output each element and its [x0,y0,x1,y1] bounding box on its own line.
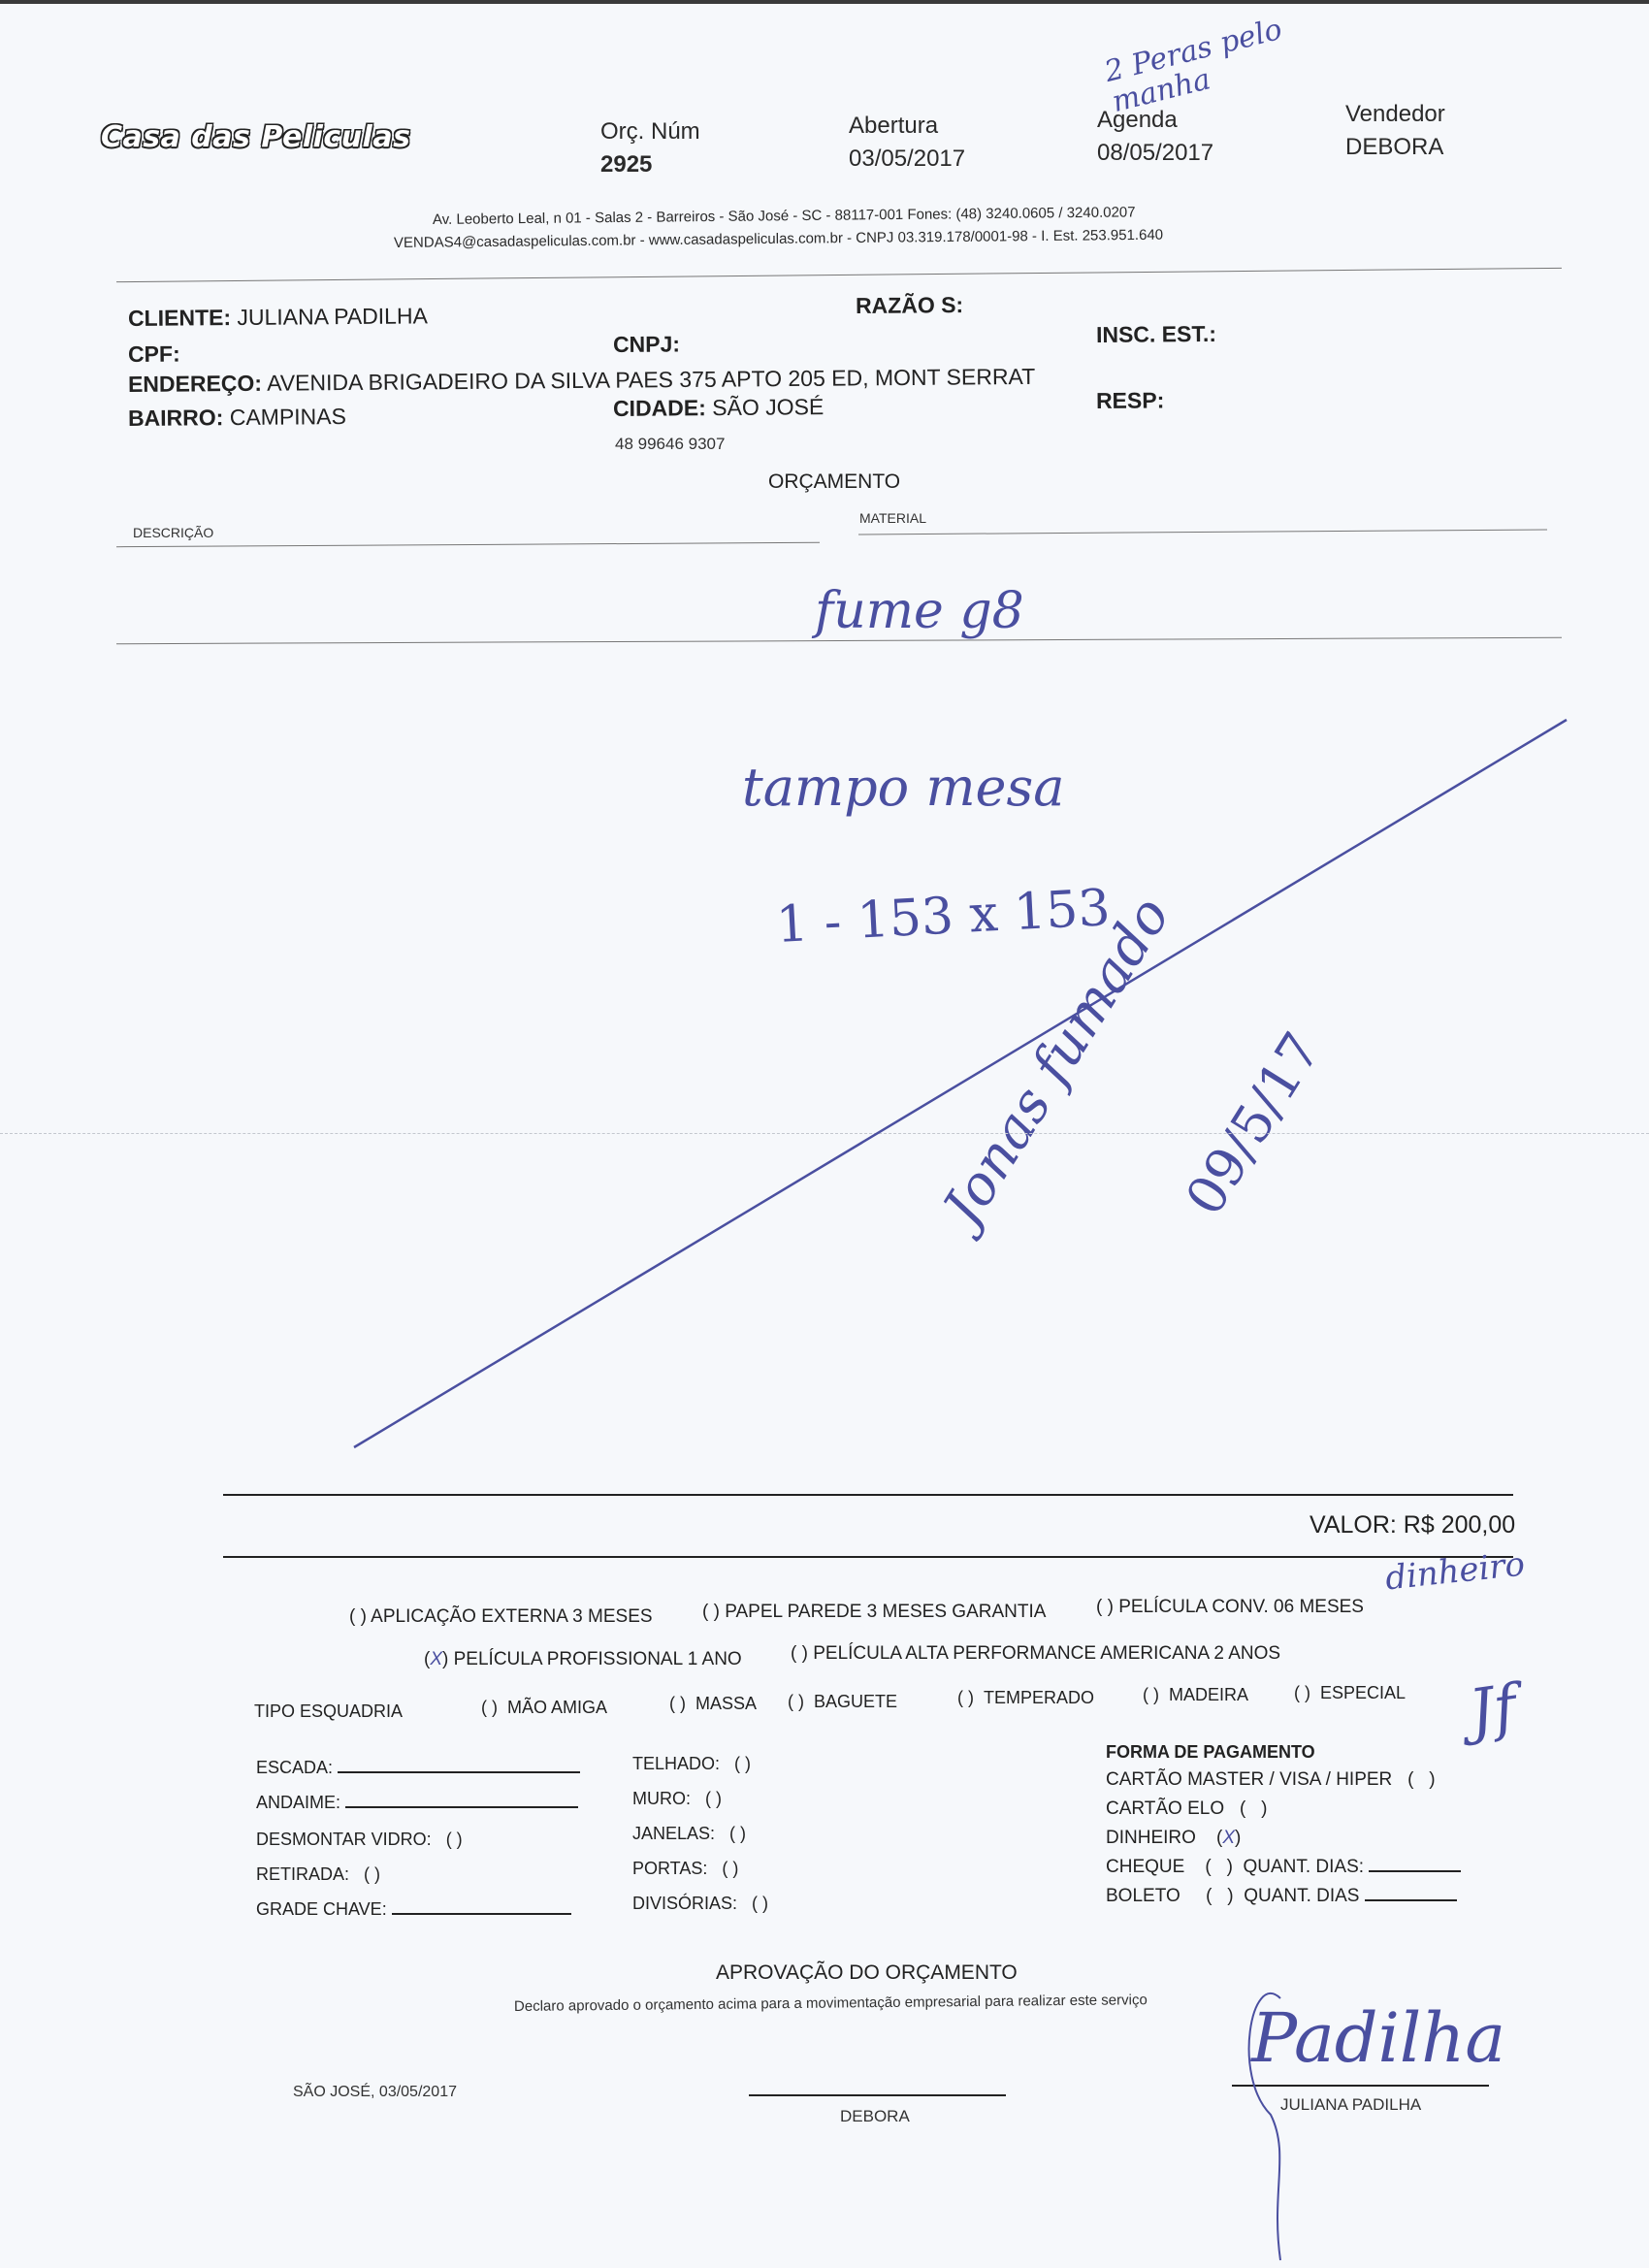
telhado-option[interactable]: TELHADO: ( ) [632,1754,751,1774]
razao-field: RAZÃO S: [856,292,963,319]
client-handwritten-signature: Padilha [1251,1998,1505,2078]
service-option[interactable]: ( ) PAPEL PAREDE 3 MESES GARANTIA [702,1602,1046,1623]
service-option-checked[interactable]: (X) PELÍCULA PROFISSIONAL 1 ANO [424,1649,742,1670]
bairro-field: BAIRRO: CAMPINAS [128,404,346,432]
descricao-line [116,542,820,547]
payment-option-dinheiro[interactable]: DINHEIRO (X) [1106,1828,1241,1849]
cnpj-field: CNPJ: [613,331,680,358]
orc-num-label: Orç. Núm [600,118,700,146]
escada-field[interactable]: ESCADA: [256,1758,580,1778]
esquadria-option[interactable]: ( ) MADEIRA [1143,1685,1248,1705]
cidade-field: CIDADE: SÃO JOSÉ [613,394,824,422]
grade-chave-field[interactable]: GRADE CHAVE: [256,1899,571,1920]
client-signature-line[interactable] [1232,2085,1489,2087]
esquadria-option[interactable]: ( ) MÃO AMIGA [481,1698,607,1718]
handwritten-desc-1: tampo mesa [742,757,1064,818]
orc-num-value: 2925 [600,151,652,178]
payment-option-cartao-master[interactable]: CARTÃO MASTER / VISA / HIPER ( ) [1106,1769,1436,1791]
address-line-1: Av. Leoberto Leal, n 01 - Salas 2 - Barr… [433,204,1136,228]
esquadria-label: TIPO ESQUADRIA [254,1701,403,1722]
payment-option-cartao-elo[interactable]: CARTÃO ELO ( ) [1106,1798,1267,1820]
desmontar-vidro-option[interactable]: DESMONTAR VIDRO: ( ) [256,1830,463,1850]
checkmark-icon: X [1222,1828,1235,1848]
esquadria-option[interactable]: ( ) BAGUETE [788,1692,897,1712]
approval-title: APROVAÇÃO DO ORÇAMENTO [716,1961,1018,1985]
cliente-value: JULIANA PADILHA [237,303,428,330]
approval-declaration: Declaro aprovado o orçamento acima para … [514,1992,1148,2015]
valor-value: R$ 200,00 [1404,1511,1515,1539]
abertura-value: 03/05/2017 [849,146,965,173]
service-option[interactable]: ( ) PELÍCULA ALTA PERFORMANCE AMERICANA … [791,1643,1280,1665]
portas-option[interactable]: PORTAS: ( ) [632,1859,738,1879]
endereco-value: AVENIDA BRIGADEIRO DA SILVA PAES 375 APT… [267,364,1035,396]
paper-fold [0,1133,1649,1134]
address-line-2: VENDAS4@casadaspeliculas.com.br - www.ca… [394,227,1163,251]
scan-edge [0,0,1649,4]
header-divider [116,268,1562,282]
andaime-field[interactable]: ANDAIME: [256,1793,578,1813]
cheque-days-field[interactable] [1369,1870,1461,1872]
strike-through-line [0,0,1649,2268]
valor-bottom-line [223,1556,1513,1558]
valor-field: VALOR: R$ 200,00 [1309,1511,1515,1539]
retirada-option[interactable]: RETIRADA: ( ) [256,1864,380,1885]
payment-title: FORMA DE PAGAMENTO [1106,1742,1315,1763]
handwritten-initials: Jf [1465,1670,1521,1747]
cidade-value: SÃO JOSÉ [712,394,824,420]
vendedor-label: Vendedor [1345,101,1445,128]
bairro-value: CAMPINAS [230,404,346,430]
service-option[interactable]: ( ) PELÍCULA CONV. 06 MESES [1096,1597,1364,1618]
company-logo: Casa das Peliculas [101,120,410,154]
resp-field: RESP: [1096,387,1165,414]
abertura-label: Abertura [849,113,938,140]
handwritten-payment-note: dinheiro [1383,1545,1527,1599]
material-label: MATERIAL [859,510,926,526]
esquadria-option[interactable]: ( ) ESPECIAL [1294,1683,1406,1703]
cliente-field: CLIENTE: JULIANA PADILHA [128,303,428,332]
insc-est-field: INSC. EST.: [1096,321,1216,348]
client-phone: 48 99646 9307 [615,435,725,454]
agenda-value: 08/05/2017 [1097,140,1213,167]
vendedor-value: DEBORA [1345,134,1443,161]
handwritten-date: 09/5/17 [1174,1021,1333,1225]
descricao-label: DESCRIÇÃO [133,525,213,540]
service-option[interactable]: ( ) APLICAÇÃO EXTERNA 3 MESES [349,1606,653,1628]
seller-signature-name: DEBORA [840,2107,910,2126]
muro-option[interactable]: MURO: ( ) [632,1789,722,1809]
handwritten-material: fume g8 [815,582,1024,640]
material-line [858,530,1547,535]
divisorias-option[interactable]: DIVISÓRIAS: ( ) [632,1894,768,1914]
valor-top-line [223,1494,1513,1496]
handwritten-agenda-note: 2 Peras pelo manha [1102,2,1342,118]
place-date: SÃO JOSÉ, 03/05/2017 [293,2084,457,2101]
endereco-field: ENDEREÇO: AVENIDA BRIGADEIRO DA SILVA PA… [128,364,1035,398]
payment-option-cheque[interactable]: CHEQUE ( ) QUANT. DIAS: [1106,1857,1461,1878]
checkmark-icon: X [430,1649,442,1669]
cpf-field: CPF: [128,341,180,368]
esquadria-option[interactable]: ( ) TEMPERADO [957,1688,1094,1708]
esquadria-option[interactable]: ( ) MASSA [669,1694,757,1714]
handwritten-desc-2: 1 - 153 x 153 [775,879,1112,955]
client-signature-name: JULIANA PADILHA [1280,2095,1421,2115]
janelas-option[interactable]: JANELAS: ( ) [632,1824,746,1844]
boleto-days-field[interactable] [1365,1899,1457,1901]
signature-loop [0,0,1649,2268]
seller-signature-line [749,2094,1006,2096]
orcamento-title: ORÇAMENTO [768,470,900,494]
payment-option-boleto[interactable]: BOLETO ( ) QUANT. DIAS [1106,1886,1457,1907]
